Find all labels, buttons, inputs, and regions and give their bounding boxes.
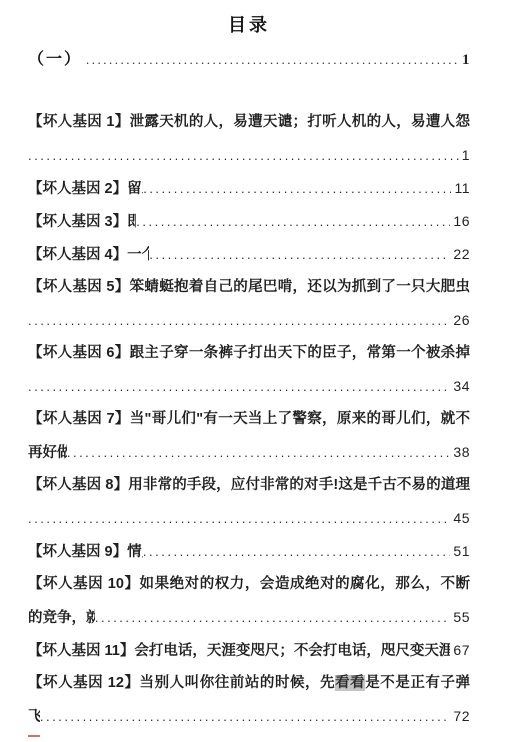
page-number: 34: [453, 370, 470, 403]
toc-entry-text: 是不是正有子弹: [365, 675, 470, 691]
dot-leader: [40, 700, 451, 733]
dot-leader: [95, 601, 451, 634]
dot-leader: [28, 370, 450, 403]
toc-entry-6-line-1[interactable]: 【坏人基因 6】跟主子穿一条裤子打出天下的臣子，常第一个被杀掉: [28, 337, 470, 370]
toc-entry-12-line-2[interactable]: 飞来 72: [28, 700, 470, 733]
toc-entry-11[interactable]: 【坏人基因 11】会打电话，天涯变咫尺；不会打电话，咫尺变天涯 67: [28, 634, 470, 667]
page-number: 45: [453, 502, 470, 535]
toc-entry-text: 再好做哥儿们了: [28, 437, 67, 470]
dot-leader: [28, 304, 450, 337]
toc-entry-4[interactable]: 【坏人基因 4】一个失去部队的将军，还不如一个会作战的小兵 22: [28, 238, 470, 271]
page-number: 22: [453, 238, 470, 271]
page-content: 目录 （一） 1 【坏人基因 1】泄露天机的人，易遭天谴；打听人机的人，易遭人怨…: [0, 12, 519, 733]
page-number: 1: [462, 48, 470, 72]
toc-entry-12-line-1[interactable]: 【坏人基因 12】当别人叫你往前站的时候，先看看是不是正有子弹: [28, 667, 470, 700]
highlighted-text: 看看: [335, 675, 365, 691]
toc-entry-7-line-2[interactable]: 再好做哥儿们了 38: [28, 436, 470, 469]
toc-entry-2[interactable]: 【坏人基因 2】留三分余地给别人，就是留三分余地给自己 11: [28, 172, 470, 205]
toc-entry-8-line-2[interactable]: 45: [28, 502, 470, 535]
toc-entry-5-line-1[interactable]: 【坏人基因 5】笨蜻蜓抱着自己的尾巴啃，还以为抓到了一只大肥虫: [28, 271, 470, 304]
toc-entry-text: 【坏人基因 10】如果绝对的权力，会造成绝对的腐化，那么，不断: [28, 576, 470, 592]
toc-section-line[interactable]: （一） 1: [28, 48, 470, 72]
toc-entry-1-line-1[interactable]: 【坏人基因 1】泄露天机的人，易遭天谴；打听人机的人，易遭人怨: [28, 106, 470, 139]
toc-entry-7-line-1[interactable]: 【坏人基因 7】当"哥儿们"有一天当上了警察，原来的哥儿们，就不: [28, 403, 470, 436]
dot-leader: [143, 172, 451, 205]
dot-leader: [86, 48, 459, 72]
toc-entry-1-line-2[interactable]: 1: [28, 139, 470, 172]
page-number: 55: [453, 601, 470, 634]
toc-entry-text: 【坏人基因 11】会打电话，天涯变咫尺；不会打电话，咫尺变天涯: [28, 635, 450, 668]
page-number: 51: [453, 535, 470, 568]
toc-entry-text: 【坏人基因 6】跟主子穿一条裤子打出天下的臣子，常第一个被杀掉: [28, 345, 470, 361]
page-number: 38: [453, 436, 470, 469]
dot-leader: [28, 502, 450, 535]
toc-entry-text: 【坏人基因 3】即使你帮助人，也要把对方的面子做足: [28, 206, 136, 239]
page-number: 11: [454, 172, 470, 205]
toc-entry-text: 【坏人基因 7】当"哥儿们"有一天当上了警察，原来的哥儿们，就不: [28, 411, 470, 427]
toc-entry-text: 的竞争，就能造成不断的进步: [28, 602, 95, 635]
dot-leader: [136, 205, 450, 238]
section-label: （一）: [28, 48, 82, 72]
page-number: 67: [453, 634, 470, 667]
dot-leader: [28, 139, 459, 172]
toc-entry-9[interactable]: 【坏人基因 9】情归情，理归理，好话丑话最好都说在前面 51: [28, 535, 470, 568]
toc-entry-text: 【坏人基因 2】留三分余地给别人，就是留三分余地给自己: [28, 173, 143, 206]
toc-entry-5-line-2[interactable]: 26: [28, 304, 470, 337]
page-number: 1: [462, 139, 470, 172]
toc-entry-text: 【坏人基因 9】情归情，理归理，好话丑话最好都说在前面: [28, 536, 143, 569]
dot-leader: [149, 238, 450, 271]
toc-list: 【坏人基因 1】泄露天机的人，易遭天谴；打听人机的人，易遭人怨 1 【坏人基因 …: [28, 106, 470, 733]
toc-entry-10-line-1[interactable]: 【坏人基因 10】如果绝对的权力，会造成绝对的腐化，那么，不断: [28, 568, 470, 601]
toc-page: 目录 （一） 1 【坏人基因 1】泄露天机的人，易遭天谴；打听人机的人，易遭人怨…: [0, 0, 519, 742]
page-number: 72: [453, 700, 470, 733]
toc-entry-6-line-2[interactable]: 34: [28, 370, 470, 403]
toc-entry-8-line-1[interactable]: 【坏人基因 8】用非常的手段，应付非常的对手!这是千古不易的道理: [28, 469, 470, 502]
dot-leader: [143, 535, 451, 568]
toc-entry-text-red-underline: 飞来: [28, 701, 40, 737]
toc-entry-text: 【坏人基因 1】泄露天机的人，易遭天谴；打听人机的人，易遭人怨: [28, 114, 470, 130]
dot-leader: [67, 436, 451, 469]
page-number: 26: [453, 304, 470, 337]
page-number: 16: [453, 205, 470, 238]
toc-entry-text: 【坏人基因 8】用非常的手段，应付非常的对手!这是千古不易的道理: [28, 477, 470, 493]
toc-entry-text: 【坏人基因 12】当别人叫你往前站的时候，先: [28, 675, 335, 691]
toc-entry-10-line-2[interactable]: 的竞争，就能造成不断的进步 55: [28, 601, 470, 634]
toc-entry-3[interactable]: 【坏人基因 3】即使你帮助人，也要把对方的面子做足 16: [28, 205, 470, 238]
toc-entry-text: 【坏人基因 5】笨蜻蜓抱着自己的尾巴啃，还以为抓到了一只大肥虫: [28, 279, 470, 295]
page-title: 目录: [28, 12, 470, 38]
toc-entry-text: 【坏人基因 4】一个失去部队的将军，还不如一个会作战的小兵: [28, 239, 149, 272]
